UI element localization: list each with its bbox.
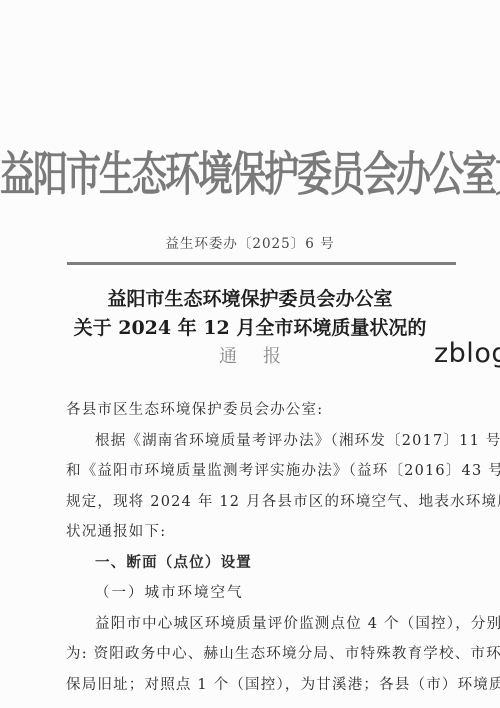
notice-title-line3: 通报 bbox=[0, 342, 500, 368]
addressee: 各县市区生态环境保护委员会办公室: bbox=[66, 395, 466, 426]
document-header: 益阳市生态环境保护委员会办公室文件 bbox=[0, 138, 500, 206]
notice-title-line1: 益阳市生态环境保护委员会办公室 bbox=[0, 284, 500, 311]
paragraph-line: 根据《湖南省环境质量考评办法》（湘环发〔2017〕11 号） bbox=[66, 426, 466, 457]
watermark: zblog bbox=[434, 338, 500, 369]
paragraph-line: 益阳市中心城区环境质量评价监测点位 4 个（国控），分别 bbox=[66, 609, 466, 640]
paragraph-line: 为: 资阳政务中心、赫山生态环境分局、市特殊教育学校、市环 bbox=[66, 639, 466, 670]
paragraph-line: 和《益阳市环境质量监测考评实施办法》（益环〔2016〕43 号） bbox=[66, 456, 466, 487]
document-number: 益生环委办〔2025〕6 号 bbox=[0, 232, 500, 252]
paragraph-line: 规定，现将 2024 年 12 月各县市区的环境空气、地表水环境质量 bbox=[66, 487, 466, 518]
notice-title-line2: 关于 2024 年 12 月全市环境质量状况的 bbox=[0, 313, 500, 340]
subsection-heading: （一）城市环境空气 bbox=[66, 578, 466, 609]
paragraph-line: 状况通报如下: bbox=[66, 517, 466, 548]
section-heading: 一、断面（点位）设置 bbox=[66, 548, 466, 579]
document-body: 各县市区生态环境保护委员会办公室: 根据《湖南省环境质量考评办法》（湘环发〔20… bbox=[66, 395, 466, 700]
paragraph-line: 保局旧址；对照点 1 个（国控），为甘溪港；各县（市）环境质 bbox=[66, 670, 466, 701]
header-divider bbox=[67, 262, 456, 265]
document-page: 益阳市生态环境保护委员会办公室文件 益生环委办〔2025〕6 号 益阳市生态环境… bbox=[0, 0, 500, 708]
